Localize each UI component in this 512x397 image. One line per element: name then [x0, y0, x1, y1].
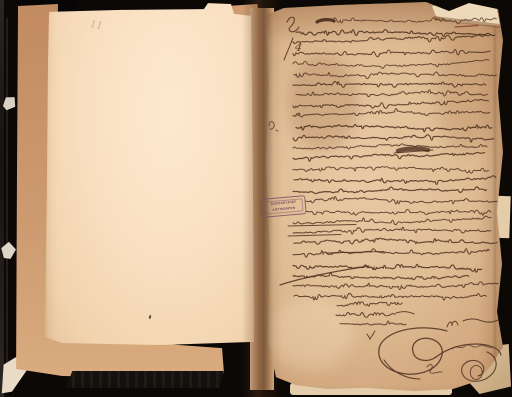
- cover-bottom-edge: [66, 371, 224, 388]
- pencil-mark: 11: [89, 19, 103, 32]
- stamp-text-line-2: ANTWERPEN: [272, 206, 295, 211]
- photo-of-open-archive-book: 11 4 RIJKSARCHIEF ANTWERPEN: [0, 0, 512, 397]
- archive-stamp-border: RIJKSARCHIEF ANTWERPEN: [264, 198, 304, 214]
- blank-flyleaf-page: [42, 0, 257, 397]
- paper-stain: [288, 55, 358, 150]
- spine-highlight: [6, 18, 8, 363]
- book-spine: [0, 0, 4, 397]
- paper-tab: [2, 95, 18, 113]
- paper-stain: [436, 28, 496, 153]
- paper-crease: [494, 8, 496, 378]
- archive-stamp: RIJKSARCHIEF ANTWERPEN: [260, 195, 306, 218]
